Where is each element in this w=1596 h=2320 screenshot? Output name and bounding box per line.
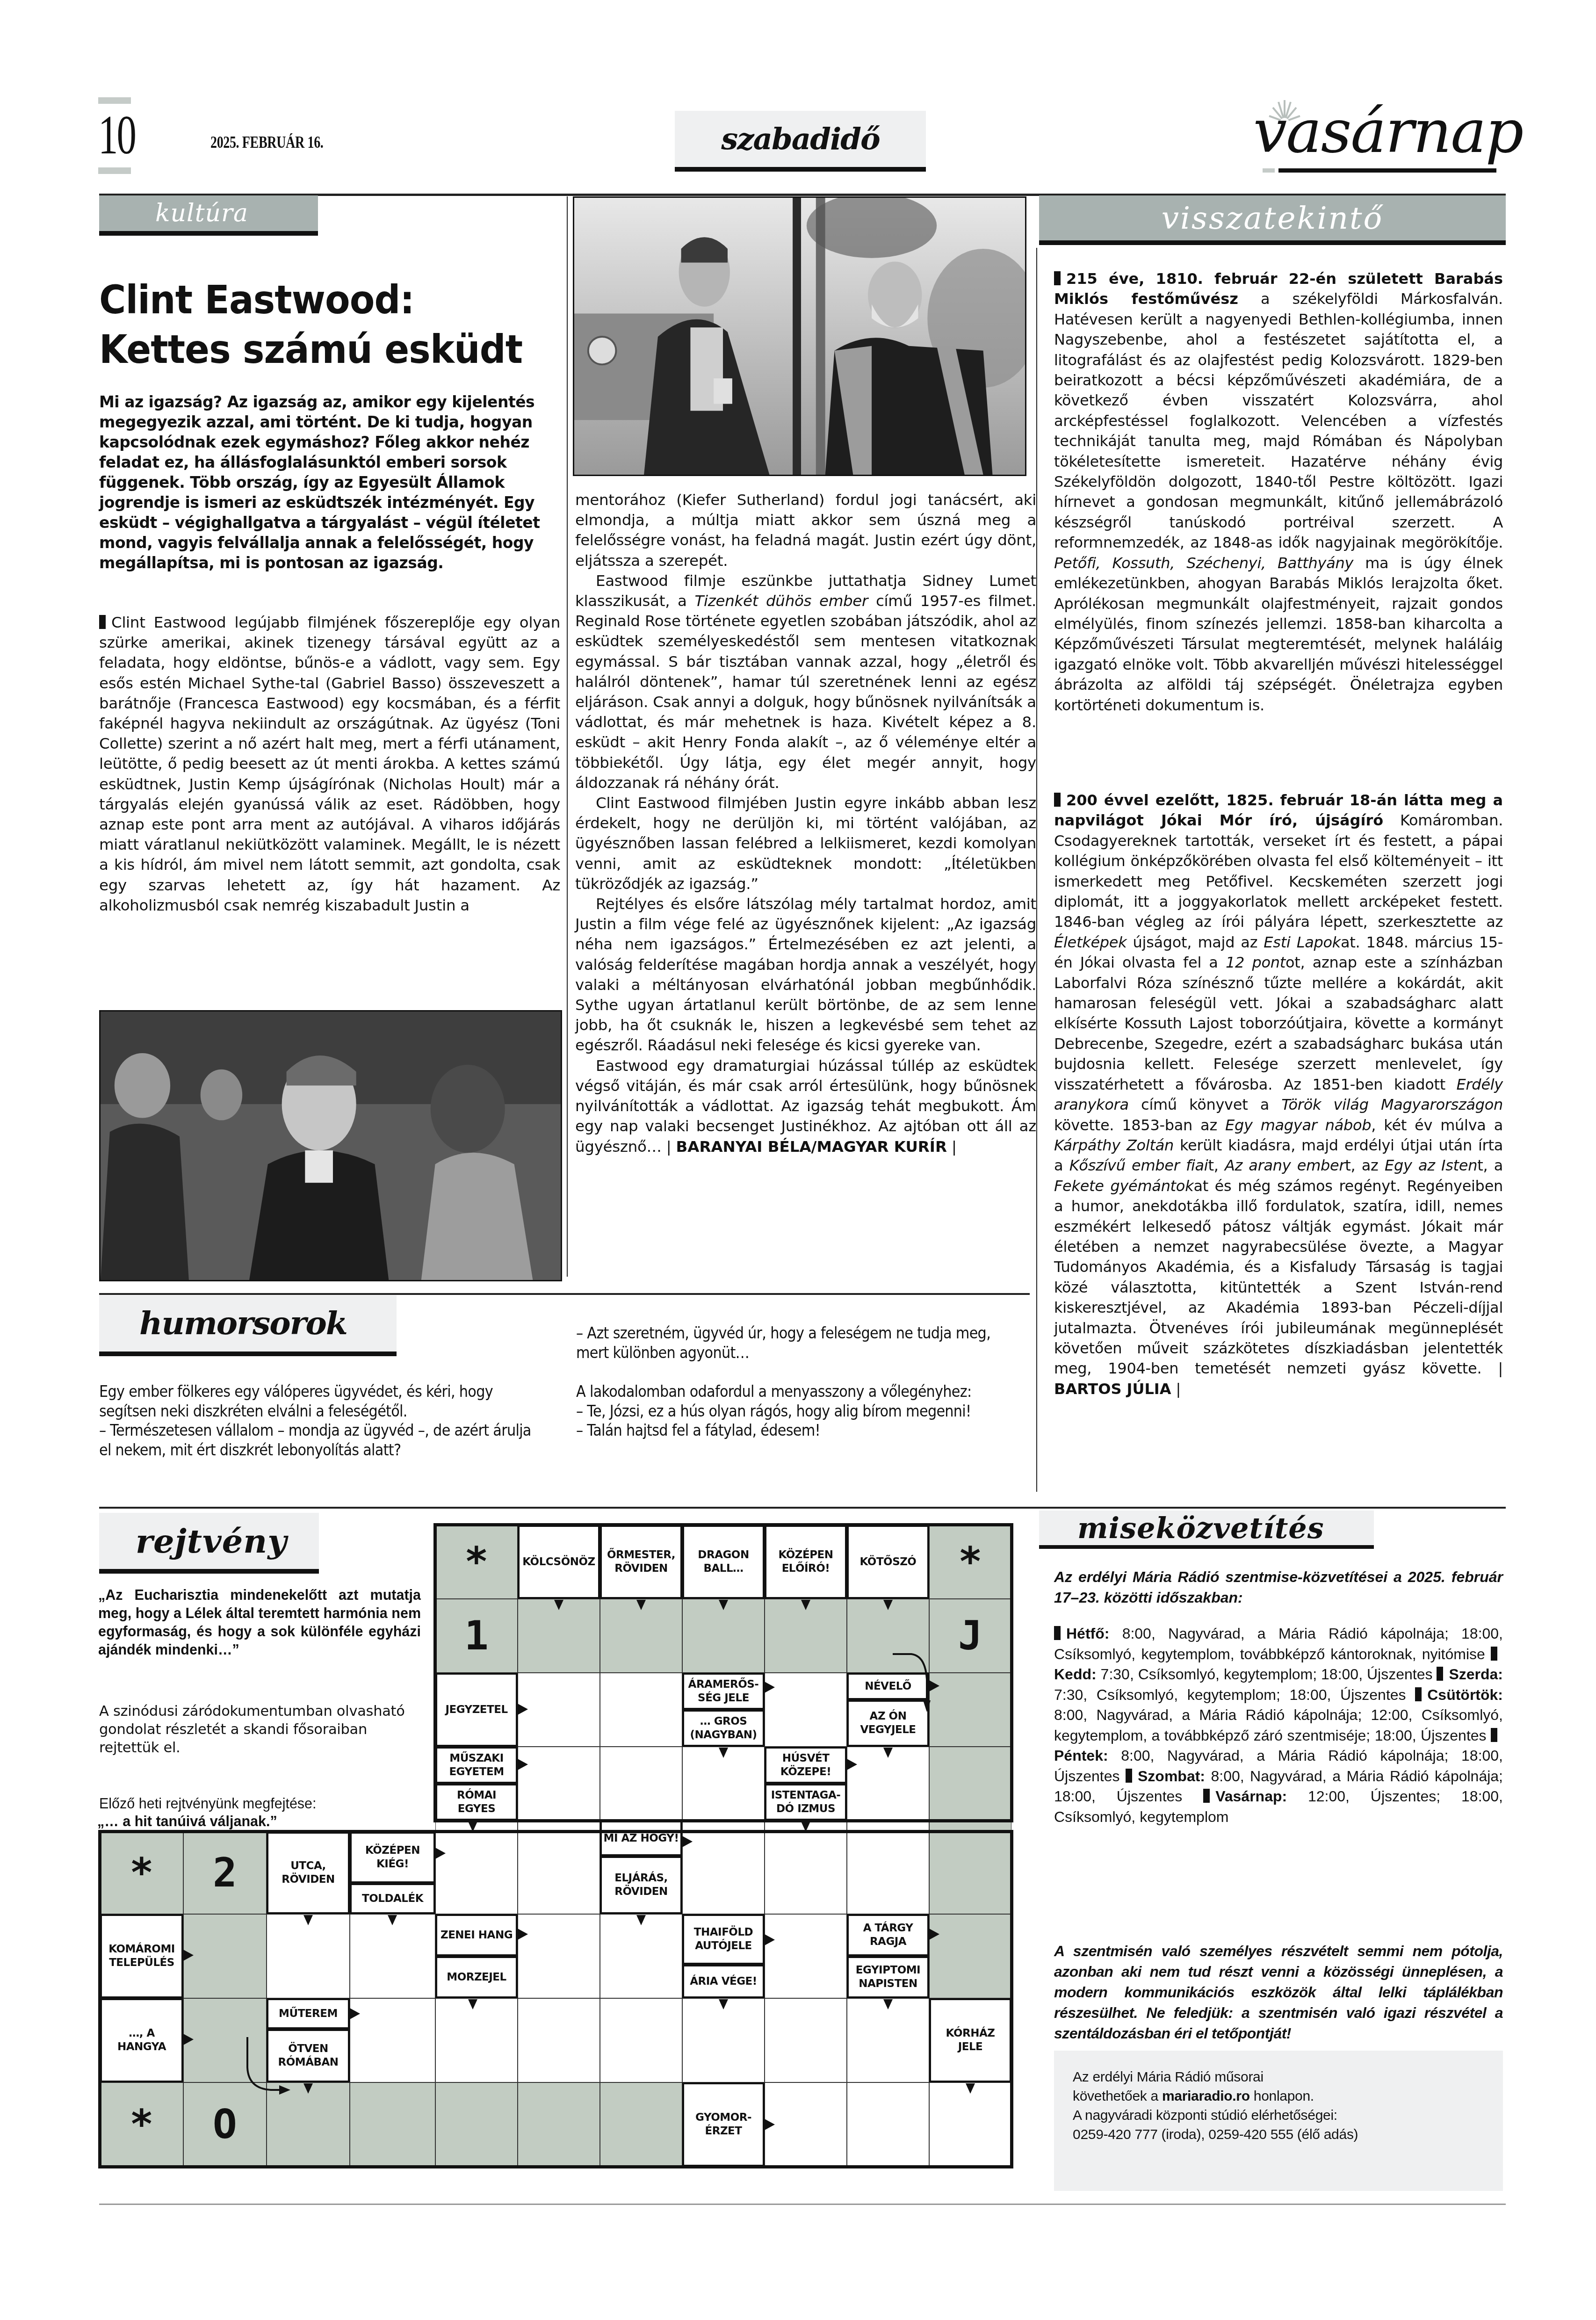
grid-clue: THAIFÖLD AUTÓJELE: [682, 1914, 765, 1965]
grid-clue: EGYIPTOMI NAPISTEN: [847, 1956, 929, 1998]
article-byline: BARANYAI BÉLA/MAGYAR KURÍR: [676, 1138, 947, 1156]
grid-cell-star[interactable]: *: [100, 1832, 183, 1914]
grid-cell[interactable]: [518, 1747, 600, 1821]
grid-cell[interactable]: [518, 2082, 600, 2167]
section-label: humorsorok: [139, 1305, 347, 1342]
text-run: a székelyföldi Márkosfalván. Hatévesen k…: [1054, 290, 1503, 551]
text-run: követhetőek a: [1073, 2089, 1162, 2104]
text-run: ma is úgy élnek emlékezetünkben, ahogyan…: [1054, 554, 1503, 714]
grid-clue: KÖLCSÖNÖZ: [518, 1525, 600, 1599]
grid-cell[interactable]: [435, 1821, 518, 1914]
grid-cell[interactable]: [435, 2082, 518, 2167]
text-run: |: [947, 1138, 957, 1156]
schedule-text: 8:00, Nagyvárad, a Mária Rádió kápolnája…: [1054, 1706, 1503, 1744]
arrow-down-icon: [719, 1748, 728, 1758]
arrow-right-icon: [183, 1950, 194, 1961]
grid-cell-star[interactable]: *: [929, 1525, 1011, 1599]
joke-line: – Talán hajtsd fel a fátylad, édesem!: [576, 1421, 1024, 1440]
section-label: miseközvetítés: [1077, 1511, 1324, 1545]
grid-clue: RÓMAI EGYES: [435, 1784, 518, 1821]
page-bottom-rule: [99, 2204, 1506, 2205]
bent-arrow-icon: [243, 2035, 294, 2100]
arrow-right-icon: [518, 1759, 528, 1770]
grid-clue: A TÁRGY RAGJA: [847, 1914, 929, 1956]
grid-clue: TOLDALÉK: [350, 1883, 435, 1914]
grid-cell[interactable]: [350, 1914, 435, 1998]
page-number-bar-top: [98, 97, 131, 104]
text-run: című könyvet a: [1129, 1096, 1282, 1113]
arrow-right-icon: [765, 1682, 775, 1693]
arrow-down-icon: [303, 1915, 313, 1925]
clue-text: JEGYZETEL: [445, 1703, 507, 1717]
page-number-bar-bottom: [98, 167, 131, 174]
text-run: ot, aznap este a színházban Laborfalvi R…: [1054, 954, 1503, 1093]
grid-cell[interactable]: [847, 2082, 929, 2167]
article-paragraph: Clint Eastwood filmjében Justin egyre in…: [575, 793, 1036, 894]
grid-cell[interactable]: [929, 1747, 1011, 1821]
clue-text: ZENEI HANG: [441, 1929, 513, 1942]
article-headline: Clint Eastwood: Kettes számú esküdt: [99, 275, 530, 374]
grid-clue: GYOMOR-ÉRZET: [682, 2082, 765, 2167]
grid-cell[interactable]: [350, 2082, 435, 2167]
newspaper-logo: vasárnap: [1253, 94, 1506, 178]
clue-text: …, A HANGYA: [103, 2027, 181, 2054]
arrow-right-icon: [350, 2008, 360, 2019]
text-run: követte. 1853-ban az: [1054, 1116, 1225, 1134]
grid-clue: KÓRHÁZ JELE: [929, 1998, 1011, 2082]
section-tab-misekozvetites: miseközvetítés: [1039, 1511, 1374, 1549]
paragraph-marker-icon: [99, 615, 106, 629]
arrow-right-icon: [183, 2034, 194, 2045]
schedule-day: Kedd:: [1054, 1666, 1097, 1683]
grid-cell[interactable]: [600, 2082, 682, 2167]
arrow-down-icon: [303, 2083, 313, 2094]
clue-text: KÓRHÁZ JELE: [932, 2027, 1009, 2054]
grid-cell[interactable]: [682, 1998, 765, 2082]
text-run: at és még számos regényt. Regényeiben a …: [1054, 1177, 1503, 1378]
schedule-day: Péntek:: [1054, 1747, 1108, 1764]
arrow-right-icon: [765, 1934, 775, 1945]
schedule-day: Szerda:: [1449, 1666, 1503, 1683]
arrow-down-icon: [966, 2083, 975, 2094]
grid-cell[interactable]: [600, 1998, 682, 2082]
anniversary-jokai: 200 évvel ezelőtt, 1825. február 18-án l…: [1054, 790, 1503, 1399]
column-separator: [1036, 248, 1037, 1492]
text-run-italic: Esti Lapok: [1264, 933, 1341, 951]
paragraph-marker-icon: [1437, 1667, 1443, 1681]
joke-2: A lakodalomban odafordul a menyasszony a…: [576, 1382, 1024, 1440]
grid-cell-star[interactable]: *: [435, 1525, 518, 1599]
grid-clue: MI AZ HOGY!: [600, 1821, 682, 1856]
grid-marker: O: [213, 2101, 237, 2148]
grid-cell[interactable]: [600, 1914, 682, 1998]
column-separator: [567, 196, 568, 1277]
joke-1-punchline: – Azt szeretném, ügyvéd úr, hogy a feles…: [576, 1323, 1024, 1362]
arrow-right-icon: [847, 1759, 857, 1770]
grid-clue: ŐRMESTER, RÖVIDEN: [600, 1525, 682, 1599]
grid-cell[interactable]: [518, 1914, 600, 1998]
arrow-down-icon: [554, 1600, 563, 1610]
section-label: kultúra: [155, 199, 248, 227]
clue-text: ÁRAMERŐS-SÉG JELE: [685, 1678, 762, 1705]
joke-line: – Te, Józsi, ez a hús olyan rágós, hogy …: [576, 1402, 1024, 1421]
grid-cell[interactable]: [350, 1998, 435, 2082]
grid-clue: …, A HANGYA: [100, 1998, 183, 2082]
grid-cell[interactable]: [518, 1673, 600, 1747]
grid-cell[interactable]: [518, 1998, 600, 2082]
arrow-down-icon: [719, 1999, 728, 2009]
crossword-grid: * KÖLCSÖNÖZ ŐRMESTER, RÖVIDEN DRAGON BAL…: [100, 1511, 996, 2181]
logo-underline-accent: [1263, 168, 1275, 173]
grid-cell[interactable]: [765, 1998, 847, 2082]
text-run: |: [1171, 1380, 1181, 1398]
grid-clue: KÖZÉPEN KIÉG!: [350, 1832, 435, 1883]
grid-cell[interactable]: [435, 1998, 518, 2082]
grid-cell-star[interactable]: *: [100, 2082, 183, 2167]
arrow-right-icon: [518, 1704, 528, 1715]
arrow-down-icon: [801, 1600, 810, 1610]
text-run-italic: Kőszívű ember fiai: [1069, 1156, 1208, 1174]
schedule-text: 7:30, Csíksomlyó, kegytemplom; 18:00, Új…: [1054, 1686, 1415, 1703]
clue-text: ELJÁRÁS, RÖVIDEN: [603, 1872, 679, 1899]
grid-clue: KOMÁROMI TELEPÜLÉS: [100, 1914, 183, 1998]
grid-clue: JEGYZETEL: [435, 1673, 518, 1747]
article-column-1: Clint Eastwood legújabb filmjének főszer…: [99, 613, 560, 916]
text-run-italic: Életképek: [1054, 933, 1127, 951]
arrow-down-icon: [719, 1600, 728, 1610]
schedule-day: Vasárnap:: [1215, 1788, 1287, 1805]
clue-text: RÓMAI EGYES: [438, 1789, 515, 1816]
clue-text: MŰTEREM: [279, 2007, 338, 2021]
text-run-italic: 12 pont: [1226, 954, 1285, 971]
arrow-right-icon: [765, 2119, 775, 2130]
article-paragraph: Eastwood filmje eszünkbe juttathatja Sid…: [575, 571, 1036, 793]
text-run: újságot, majd az: [1127, 933, 1264, 951]
grid-cell[interactable]: [183, 1914, 267, 1998]
mass-broadcast-intro: Az erdélyi Mária Rádió szentmise-közvetí…: [1054, 1567, 1503, 1608]
grid-cell[interactable]: [518, 1821, 600, 1914]
film-title: Tizenkét dühös ember: [694, 592, 868, 610]
paragraph-marker-icon: [1126, 1769, 1132, 1783]
grid-marker: *: [130, 1850, 154, 1896]
grid-cell[interactable]: [847, 1998, 929, 2082]
clue-text: GYOMOR-ÉRZET: [685, 2111, 762, 2138]
headline-line-2: Kettes számú esküdt: [99, 325, 530, 374]
clue-text: MŰSZAKI EGYETEM: [438, 1752, 515, 1779]
text-run-italic: Fekete gyémántok: [1054, 1177, 1193, 1195]
joke-setup: A lakodalomban odafordul a menyasszony a…: [576, 1382, 1024, 1402]
radio-phone-numbers: 0259-420 777 (iroda), 0259-420 555 (élő …: [1073, 2125, 1484, 2144]
schedule-text: 8:00, Nagyvárad, a Mária Rádió kápolnája…: [1054, 1625, 1503, 1662]
grid-cell[interactable]: [929, 2082, 1011, 2167]
radio-info-line: Az erdélyi Mária Rádió műsorai: [1073, 2067, 1484, 2087]
grid-clue: UTCA, RÖVIDEN: [267, 1832, 350, 1914]
section-tab-szabadido: szabadidő: [675, 111, 926, 172]
article-photo-main: [573, 196, 1026, 476]
logo-wordmark: vasárnap: [1253, 102, 1523, 162]
humor-rule: [99, 1293, 1030, 1295]
text-run: t, az: [1345, 1156, 1385, 1174]
paragraph-marker-icon: [1415, 1687, 1422, 1701]
text-run: , két év múlva a: [1371, 1116, 1503, 1134]
grid-marker: 1: [464, 1612, 489, 1659]
arrow-right-icon: [518, 1929, 528, 1940]
joke-1: Egy ember fölkeres egy válóperes ügyvéde…: [99, 1382, 547, 1460]
arrow-down-icon: [801, 1821, 810, 1832]
mass-note: A szentmisén való személyes részvételt s…: [1054, 1941, 1503, 2044]
paragraph-marker-icon: [1491, 1728, 1497, 1742]
schedule-day: Hétfő:: [1066, 1625, 1109, 1642]
article-paragraph: Eastwood egy dramaturgiai húzással túllé…: [575, 1056, 1036, 1157]
headline-line-1: Clint Eastwood:: [99, 275, 530, 325]
section-tab-kultura: kultúra: [99, 195, 318, 236]
clue-text: KÖZÉPEN KIÉG!: [353, 1844, 433, 1871]
text-run-italic: Petőfi, Kossuth, Széchenyi, Batthyány: [1054, 554, 1353, 572]
clue-text: MI AZ HOGY!: [604, 1832, 679, 1845]
clue-text: EGYIPTOMI NAPISTEN: [850, 1964, 926, 1991]
paragraph-marker-icon: [1054, 271, 1061, 285]
arrow-right-icon: [929, 1929, 939, 1940]
grid-marker: *: [464, 1539, 489, 1585]
radio-info-line: A nagyváradi központi stúdió elérhetőség…: [1073, 2106, 1484, 2125]
text-run-italic: Egy az Isten: [1385, 1156, 1477, 1174]
photo-image: [574, 198, 1025, 475]
section-label: visszatekintő: [1162, 200, 1384, 236]
radio-info-line: követhetőek a mariaradio.ro honlapon.: [1073, 2087, 1484, 2106]
grid-clue: ÁRAMERŐS-SÉG JELE: [682, 1673, 765, 1710]
grid-clue: DRAGON BALL…: [682, 1525, 765, 1599]
grid-cell-row-1-label[interactable]: 1: [435, 1599, 518, 1673]
text-run-italic: Egy magyar nábob: [1225, 1116, 1371, 1134]
grid-cell[interactable]: [600, 1673, 682, 1747]
grid-cell[interactable]: [267, 1914, 350, 1998]
grid-cell-row-2-label[interactable]: 2: [183, 1832, 267, 1914]
clue-text: TOLDALÉK: [362, 1892, 423, 1906]
article-paragraph: mentorához (Kiefer Sutherland) fordul jo…: [575, 490, 1036, 571]
issue-date: 2025. FEBRUÁR 16.: [210, 132, 323, 152]
radio-info-box: Az erdélyi Mária Rádió műsorai követhető…: [1054, 2051, 1503, 2191]
grid-clue: ELJÁRÁS, RÖVIDEN: [600, 1856, 682, 1914]
schedule-day: Csütörtök:: [1427, 1686, 1503, 1703]
clue-text: UTCA, RÖVIDEN: [269, 1859, 347, 1886]
article-column-2: mentorához (Kiefer Sutherland) fordul jo…: [575, 490, 1036, 1157]
grid-marker: 2: [213, 1850, 237, 1896]
page-number-value: 10: [98, 108, 135, 163]
bottom-section-rule: [99, 1507, 1506, 1509]
clue-text: KOMÁROMI TELEPÜLÉS: [103, 1943, 181, 1970]
arrow-down-icon: [636, 1600, 646, 1610]
text-run-italic: Az arany ember: [1225, 1156, 1345, 1174]
article-photo-courtroom: [99, 1010, 562, 1281]
section-tab-humorsorok: humorsorok: [99, 1295, 397, 1356]
arrow-right-icon: [435, 1848, 446, 1859]
grid-clue: ÁRIA VÉGE!: [682, 1965, 765, 1998]
grid-clue: ISTENTAGA-DÓ IZMUS: [765, 1784, 847, 1821]
grid-cell[interactable]: [765, 1821, 847, 1914]
grid-clue: MŰSZAKI EGYETEM: [435, 1747, 518, 1784]
bent-arrow-icon: [890, 1651, 946, 1717]
page-number: 10: [98, 97, 132, 167]
mass-schedule: Hétfő: 8:00, Nagyvárad, a Mária Rádió ká…: [1054, 1624, 1503, 1827]
clue-text: HÚSVÉT KÖZEPE!: [767, 1752, 844, 1779]
text-run: című 1957-es filmet. Reginald Rose törté…: [575, 592, 1036, 792]
grid-clue: ZENEI HANG: [435, 1914, 518, 1956]
clue-text: A TÁRGY RAGJA: [850, 1922, 926, 1949]
clue-text: ISTENTAGA-DÓ IZMUS: [767, 1789, 844, 1816]
arrow-down-icon: [388, 1915, 397, 1925]
paragraph-marker-icon: [1491, 1647, 1497, 1661]
text-run: t,: [1208, 1156, 1224, 1174]
arrow-down-icon: [883, 1999, 893, 2009]
paragraph-marker-icon: [1203, 1789, 1210, 1803]
text-run-italic: Kárpáthy Zoltán: [1054, 1136, 1174, 1154]
grid-clue: KÖTŐSZÓ: [847, 1525, 929, 1599]
arrow-down-icon: [883, 1748, 893, 1758]
schedule-text: 7:30, Csíksomlyó, kegytemplom; 18:00, Új…: [1097, 1666, 1437, 1683]
clue-text: KÖZÉPEN ELŐÍRÓ!: [767, 1548, 844, 1576]
radio-website-link[interactable]: mariaradio.ro: [1162, 2089, 1250, 2104]
paragraph-marker-icon: [1054, 793, 1061, 807]
clue-text: DRAGON BALL…: [685, 1548, 762, 1576]
text-run: t, a: [1477, 1156, 1503, 1174]
grid-cell[interactable]: [929, 1914, 1011, 1998]
article-paragraph: Clint Eastwood legújabb filmjének főszer…: [99, 614, 560, 914]
clue-text: THAIFÖLD AUTÓJELE: [685, 1926, 762, 1953]
grid-cell[interactable]: [765, 2082, 847, 2167]
article-paragraph: Rejtélyes és elsőre látszólag mély tarta…: [575, 894, 1036, 1056]
grid-cell[interactable]: [682, 1821, 765, 1914]
grid-cell[interactable]: [847, 1821, 929, 1914]
section-title: szabadidő: [721, 122, 880, 157]
text-run-italic: Török világ Magyarországon: [1281, 1096, 1503, 1113]
section-tab-visszatekinto: visszatekintő: [1039, 195, 1506, 245]
anniversary-barabas: 215 éve, 1810. február 22-én született B…: [1054, 269, 1503, 716]
arrow-down-icon: [636, 1915, 646, 1925]
arrow-down-icon: [468, 1821, 477, 1832]
text-run: honlapon.: [1250, 2089, 1314, 2104]
grid-cell[interactable]: [600, 1747, 682, 1821]
article-lead: Mi az igazság? Az igazság az, amikor egy…: [99, 392, 557, 573]
grid-cell[interactable]: [765, 1673, 847, 1747]
clue-text: KÖLCSÖNÖZ: [522, 1555, 595, 1569]
schedule-day: Szombat:: [1138, 1768, 1205, 1785]
arrow-right-icon: [682, 1836, 693, 1847]
anniversary-byline: BARTOS JÚLIA: [1054, 1380, 1171, 1398]
arrow-down-icon: [468, 1999, 477, 2009]
logo-underline: [1278, 168, 1496, 173]
grid-marker: *: [130, 2101, 154, 2148]
text-run: Komáromban. Csodagyereknek tartották, ve…: [1054, 811, 1503, 931]
clue-text: MORZEJEL: [447, 1971, 506, 1984]
grid-clue: MŰTEREM: [267, 1998, 350, 2029]
photo-image: [101, 1012, 561, 1280]
grid-clue: MORZEJEL: [435, 1956, 518, 1998]
grid-marker: *: [958, 1539, 982, 1585]
grid-clue: HÚSVÉT KÖZEPE!: [765, 1747, 847, 1784]
grid-cell[interactable]: [765, 1914, 847, 1998]
arrow-down-icon: [883, 1600, 893, 1610]
clue-text: ÁRIA VÉGE!: [690, 1975, 757, 1988]
paragraph-marker-icon: [1054, 1626, 1061, 1640]
grid-clue: KÖZÉPEN ELŐÍRÓ!: [765, 1525, 847, 1599]
grid-clue: … GROS (NAGYBAN): [682, 1710, 765, 1747]
clue-text: ŐRMESTER, RÖVIDEN: [603, 1548, 679, 1576]
grid-marker: J: [958, 1612, 982, 1659]
grid-cell[interactable]: [929, 1821, 1011, 1914]
clue-text: KÖTŐSZÓ: [860, 1555, 917, 1569]
clue-text: … GROS (NAGYBAN): [685, 1715, 762, 1742]
